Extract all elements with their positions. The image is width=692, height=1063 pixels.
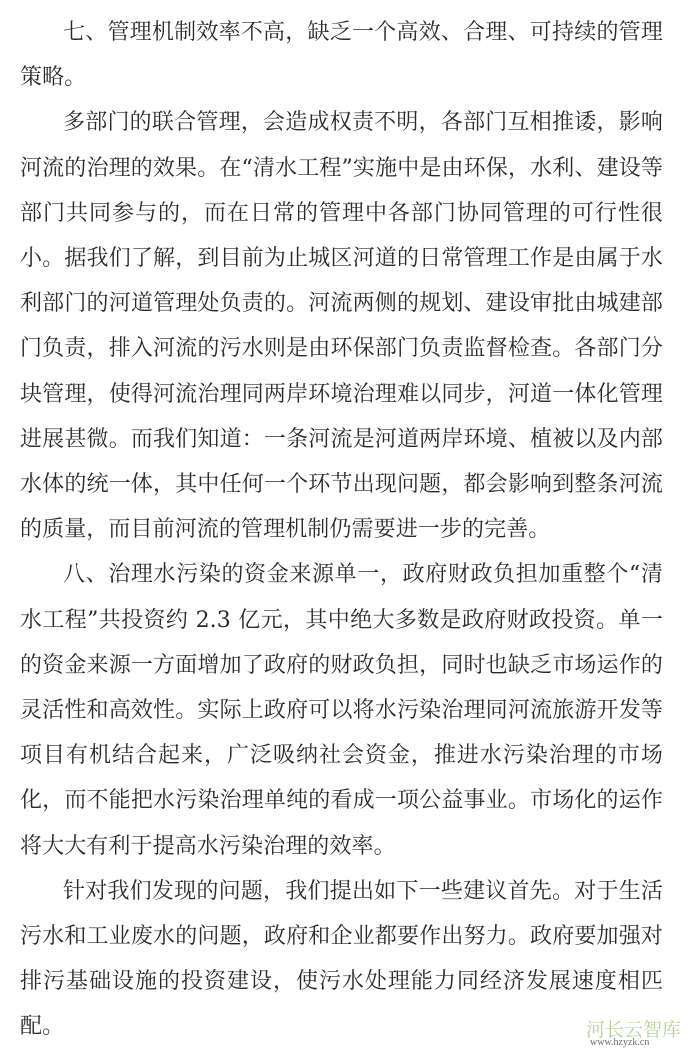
paragraph-seven-heading: 七、管理机制效率不高，缺乏一个高效、合理、可持续的管理策略。 [20, 10, 663, 100]
paragraph-eight-funding: 八、治理水污染的资金来源单一，政府财政负担加重整个“清水工程”共投资约 2.3 … [20, 552, 663, 868]
paragraph-management-mechanism: 多部门的联合管理，会造成权责不明，各部门互相推诿，影响河流的治理的效果。在“清水… [20, 100, 663, 552]
document-page: 七、管理机制效率不高，缺乏一个高效、合理、可持续的管理策略。 多部门的联合管理，… [20, 10, 663, 1050]
paragraph-suggestions: 针对我们发现的问题，我们提出如下一些建议首先。对于生活污水和工业废水的问题，政府… [20, 869, 663, 1050]
